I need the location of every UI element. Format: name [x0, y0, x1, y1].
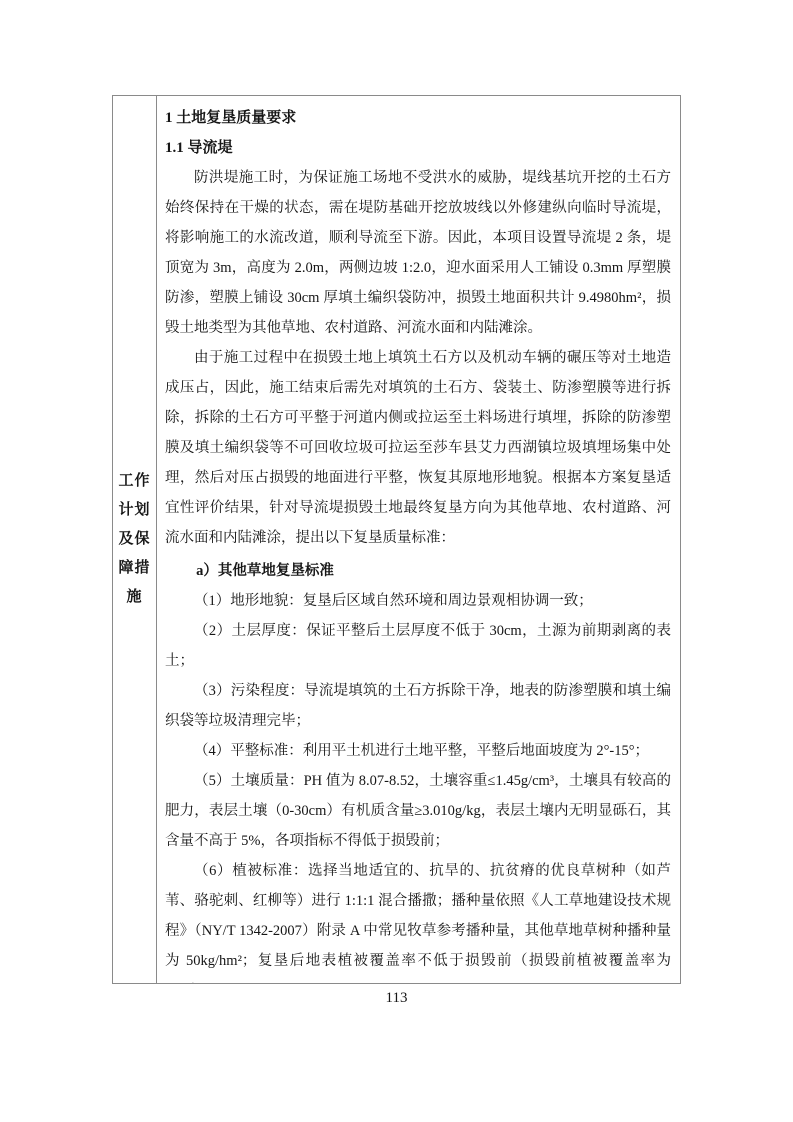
document-page: 工作 计划 及保 障措 施 1 土地复垦质量要求 1.1 导流堤 防洪堤施工时，… — [0, 0, 793, 1122]
row-header-label-line: 施 — [118, 583, 150, 612]
paragraph-intro: 防洪堤施工时，为保证施工场地不受洪水的威胁，堤线基坑开挖的土石方始终保持在干燥的… — [165, 163, 671, 343]
list-item-leveling: （4）平整标准：利用平土机进行土地平整，平整后地面坡度为 2°-15°； — [165, 736, 671, 766]
list-item-soil-thickness: （2）土层厚度：保证平整后土层厚度不低于 30cm，土源为前期剥离的表土； — [165, 616, 671, 676]
row-header-label-line: 障措 — [118, 554, 150, 583]
row-header-label-line: 工作 — [118, 467, 150, 496]
row-header-label-line: 及保 — [118, 525, 150, 554]
list-item-vegetation: （6）植被标准：选择当地适宜的、抗旱的、抗贫瘠的优良草树种（如芦苇、骆驼刺、红柳… — [165, 856, 671, 983]
paragraph-reclamation: 由于施工过程中在损毁土地上填筑土石方以及机动车辆的碾压等对土地造成压占，因此，施… — [165, 343, 671, 553]
list-heading-grassland-standard: a）其他草地复垦标准 — [165, 556, 671, 586]
list-item-terrain: （1）地形地貌：复垦后区域自然环境和周边景观相协调一致； — [165, 586, 671, 616]
content-cell: 1 土地复垦质量要求 1.1 导流堤 防洪堤施工时，为保证施工场地不受洪水的威胁… — [157, 96, 680, 983]
row-header-label: 工作 计划 及保 障措 施 — [118, 467, 150, 612]
row-header-label-line: 计划 — [118, 496, 150, 525]
list-item-soil-quality: （5）土壤质量：PH 值为 8.07-8.52，土壤容重≤1.45g/cm³，土… — [165, 766, 671, 856]
row-header-cell: 工作 计划 及保 障措 施 — [113, 96, 157, 983]
work-plan-table: 工作 计划 及保 障措 施 1 土地复垦质量要求 1.1 导流堤 防洪堤施工时，… — [112, 95, 681, 984]
list-item-pollution: （3）污染程度：导流堤填筑的土石方拆除干净，地表的防渗塑膜和填土编织袋等垃圾清理… — [165, 676, 671, 736]
section-heading: 1 土地复垦质量要求 — [165, 103, 671, 133]
page-number: 113 — [0, 990, 793, 1007]
subsection-heading: 1.1 导流堤 — [165, 133, 671, 163]
